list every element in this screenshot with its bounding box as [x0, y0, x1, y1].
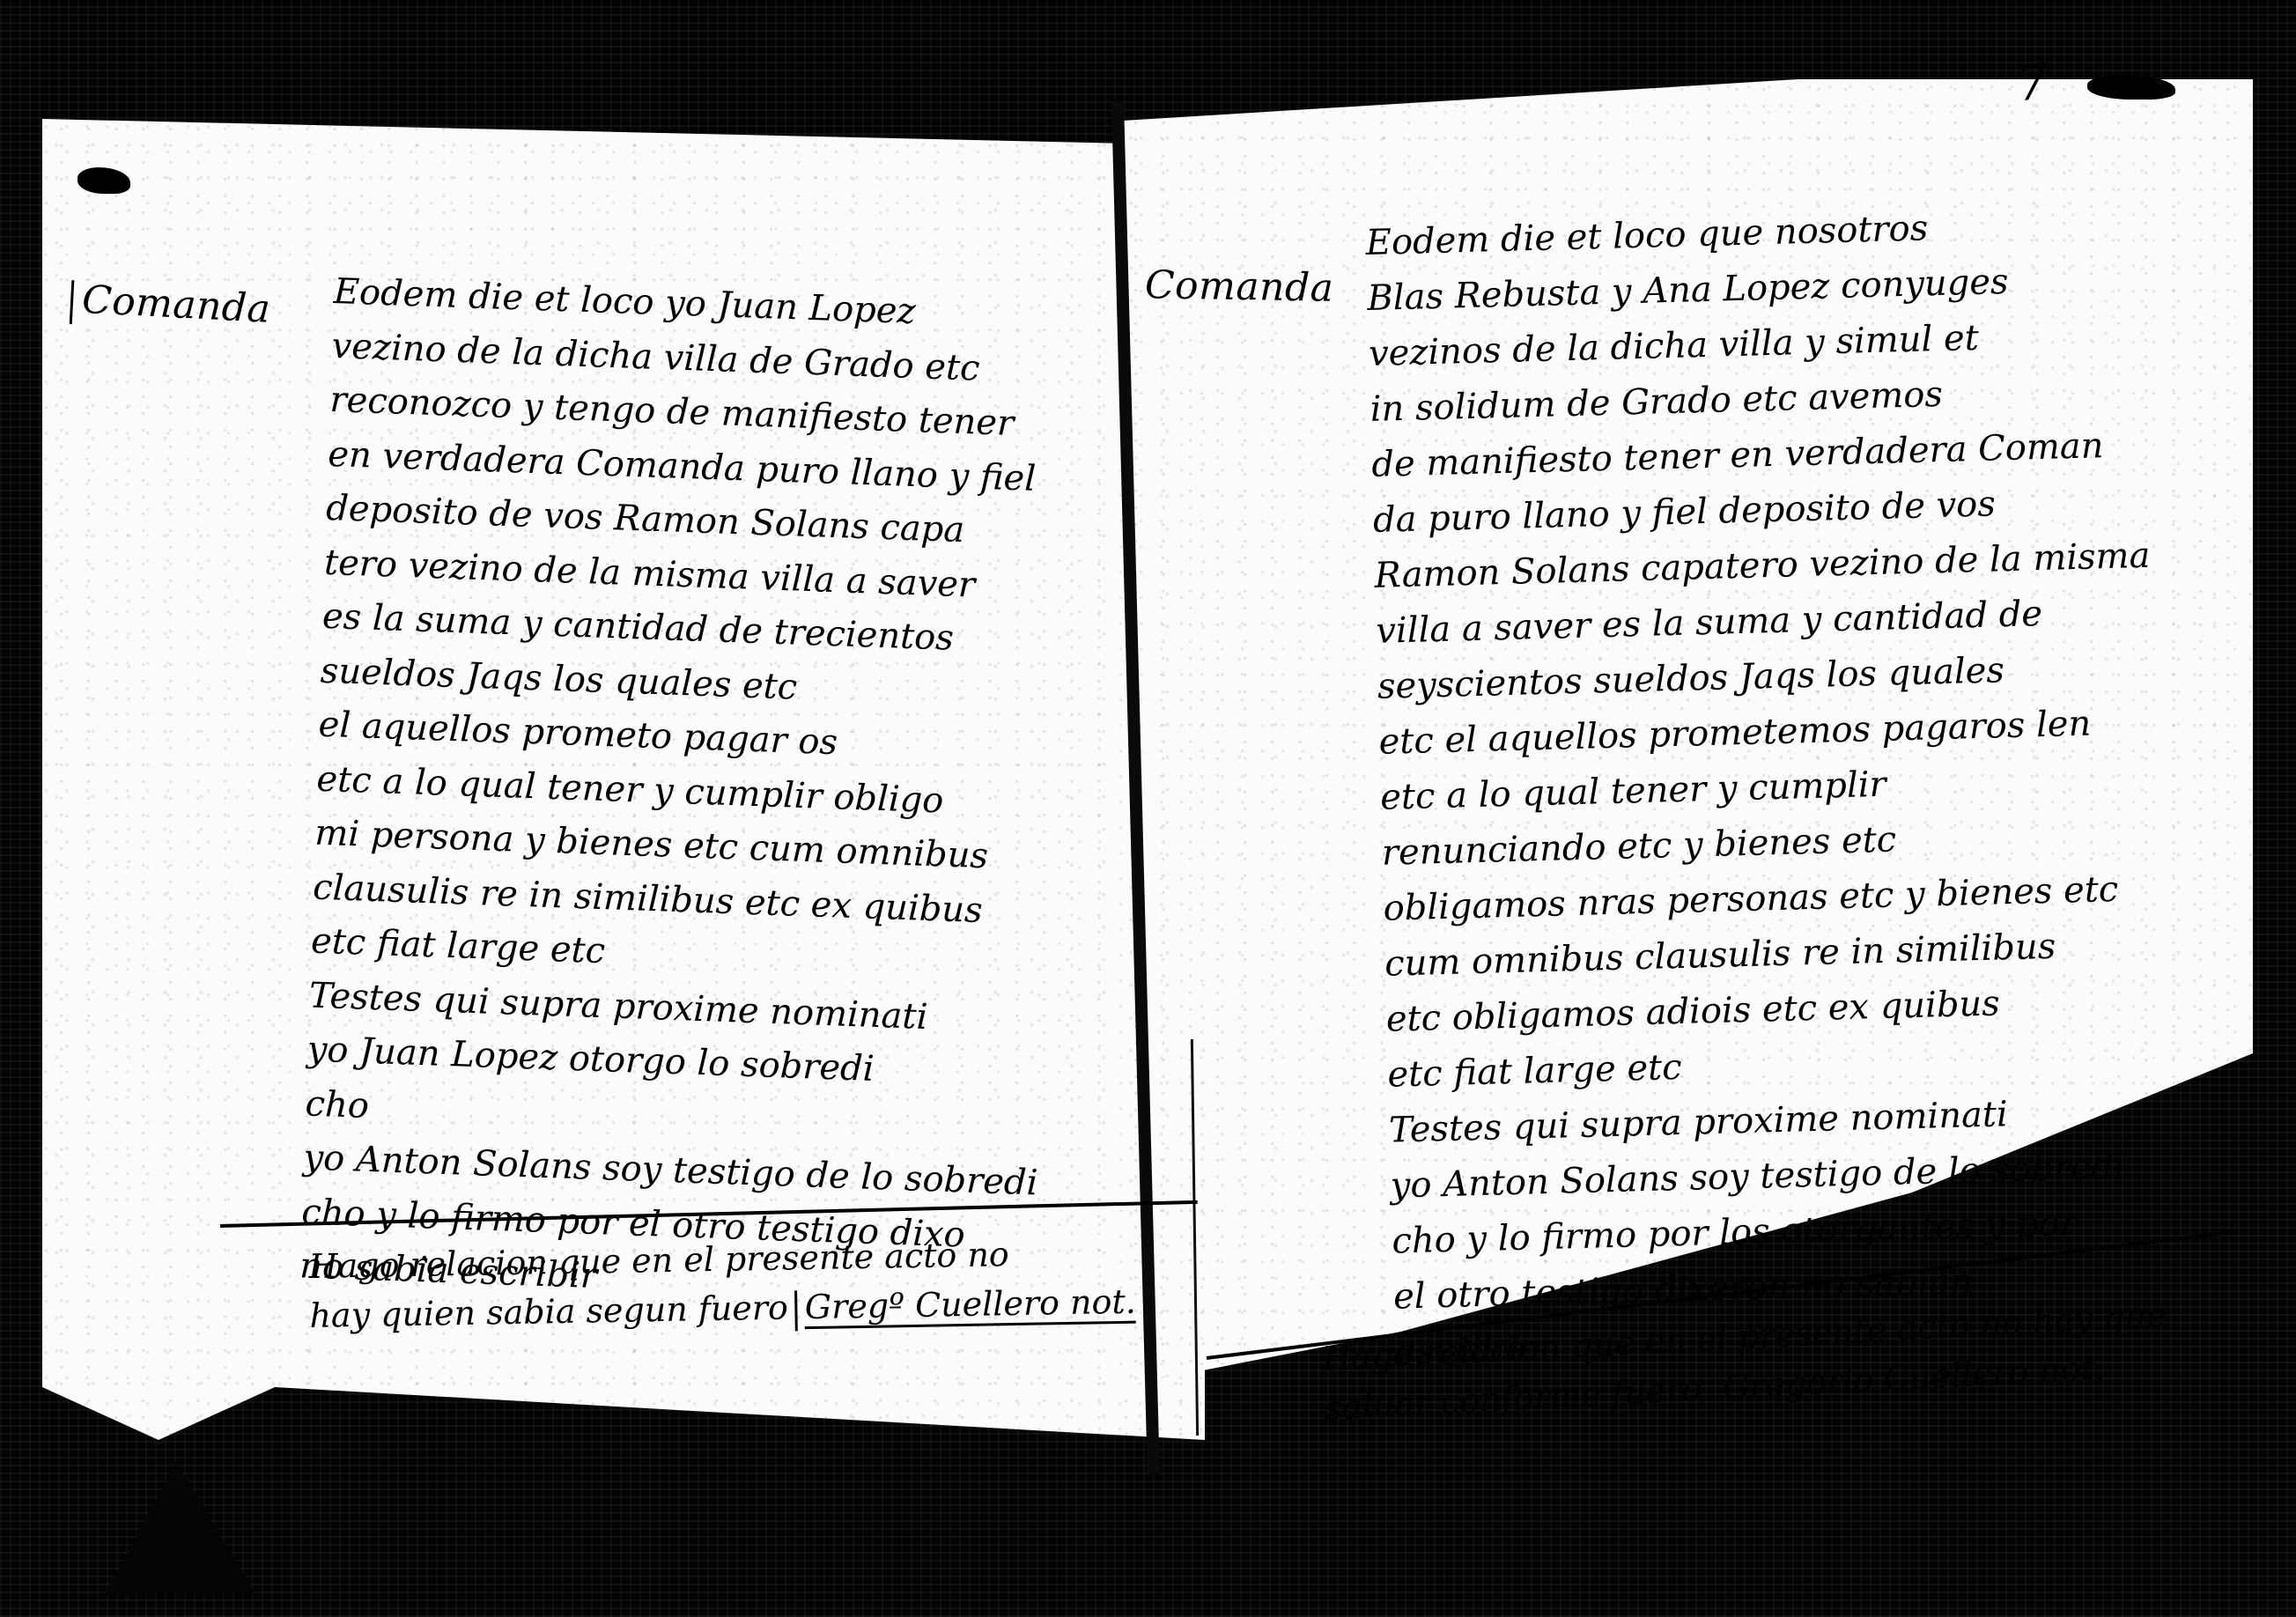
notary-signature: Gregº Cuellero not.	[804, 1282, 1136, 1330]
signature-bracket-mark	[794, 1290, 798, 1331]
right-deed-body: Eodem die et loco que nosotros Blas Rebu…	[1365, 196, 2171, 1381]
left-margin-label-text: Comanda	[81, 277, 272, 332]
right-margin-label: Comanda	[1145, 262, 1334, 311]
corner-stain	[106, 1462, 255, 1594]
left-deed-body: Eodem die et loco yo Juan Lopez vezino d…	[299, 264, 1069, 1318]
right-margin-label-text: Comanda	[1145, 262, 1334, 311]
notary-note-text: hay quien sabia segun fuero	[309, 1288, 788, 1335]
folio-number: 7	[2015, 54, 2050, 113]
left-notary-note: Hago relacion que en el presente acto no…	[308, 1228, 1136, 1340]
